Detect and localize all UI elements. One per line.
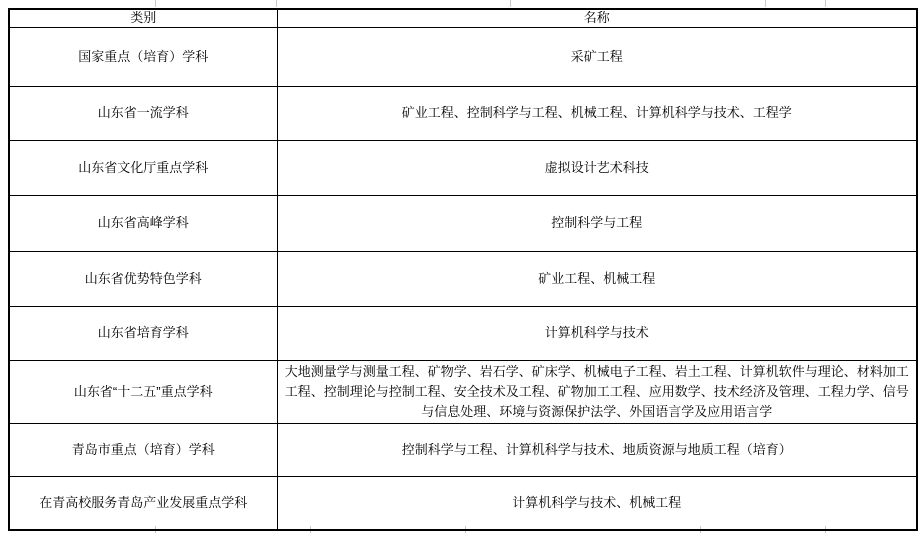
column-header-name: 名称 xyxy=(277,9,917,27)
name-cell: 矿业工程、机械工程 xyxy=(277,251,917,306)
grid-tick xyxy=(155,0,156,7)
column-header-category: 类别 xyxy=(9,9,277,27)
name-cell: 计算机科学与技术 xyxy=(277,306,917,360)
table-row: 青岛市重点（培育）学科 控制科学与工程、计算机科学与技术、地质资源与地质工程（培… xyxy=(9,423,917,476)
table-row: 山东省“十二五”重点学科 大地测量学与测量工程、矿物学、岩石学、矿床学、机械电子… xyxy=(9,360,917,423)
category-cell: 山东省高峰学科 xyxy=(9,195,277,251)
category-cell: 山东省一流学科 xyxy=(9,86,277,140)
table-row: 国家重点（培育）学科 采矿工程 xyxy=(9,27,917,86)
category-cell: 国家重点（培育）学科 xyxy=(9,27,277,86)
header-row: 类别 名称 xyxy=(9,9,917,27)
discipline-table: 类别 名称 国家重点（培育）学科 采矿工程 山东省一流学科 矿业工程、控制科学与… xyxy=(8,8,918,531)
category-cell: 山东省优势特色学科 xyxy=(9,251,277,306)
grid-tick xyxy=(825,0,826,7)
grid-tick xyxy=(276,0,277,7)
category-cell: 青岛市重点（培育）学科 xyxy=(9,423,277,476)
table-row: 山东省高峰学科 控制科学与工程 xyxy=(9,195,917,251)
category-cell: 山东省“十二五”重点学科 xyxy=(9,360,277,423)
name-cell: 矿业工程、控制科学与工程、机械工程、计算机科学与技术、工程学 xyxy=(277,86,917,140)
category-cell: 山东省文化厅重点学科 xyxy=(9,140,277,195)
table-row: 山东省一流学科 矿业工程、控制科学与工程、机械工程、计算机科学与技术、工程学 xyxy=(9,86,917,140)
category-cell: 山东省培育学科 xyxy=(9,306,277,360)
table-row: 山东省优势特色学科 矿业工程、机械工程 xyxy=(9,251,917,306)
table-row: 山东省文化厅重点学科 虚拟设计艺术科技 xyxy=(9,140,917,195)
table-row: 在青高校服务青岛产业发展重点学科 计算机科学与技术、机械工程 xyxy=(9,476,917,530)
name-cell: 虚拟设计艺术科技 xyxy=(277,140,917,195)
name-cell: 大地测量学与测量工程、矿物学、岩石学、矿床学、机械电子工程、岩土工程、计算机软件… xyxy=(277,360,917,423)
table-row: 山东省培育学科 计算机科学与技术 xyxy=(9,306,917,360)
name-cell: 控制科学与工程、计算机科学与技术、地质资源与地质工程（培育） xyxy=(277,423,917,476)
name-cell: 控制科学与工程 xyxy=(277,195,917,251)
name-cell: 采矿工程 xyxy=(277,27,917,86)
category-cell: 在青高校服务青岛产业发展重点学科 xyxy=(9,476,277,530)
name-cell: 计算机科学与技术、机械工程 xyxy=(277,476,917,530)
grid-tick xyxy=(510,0,511,7)
grid-tick xyxy=(765,0,766,7)
document-page: 类别 名称 国家重点（培育）学科 采矿工程 山东省一流学科 矿业工程、控制科学与… xyxy=(0,0,923,533)
